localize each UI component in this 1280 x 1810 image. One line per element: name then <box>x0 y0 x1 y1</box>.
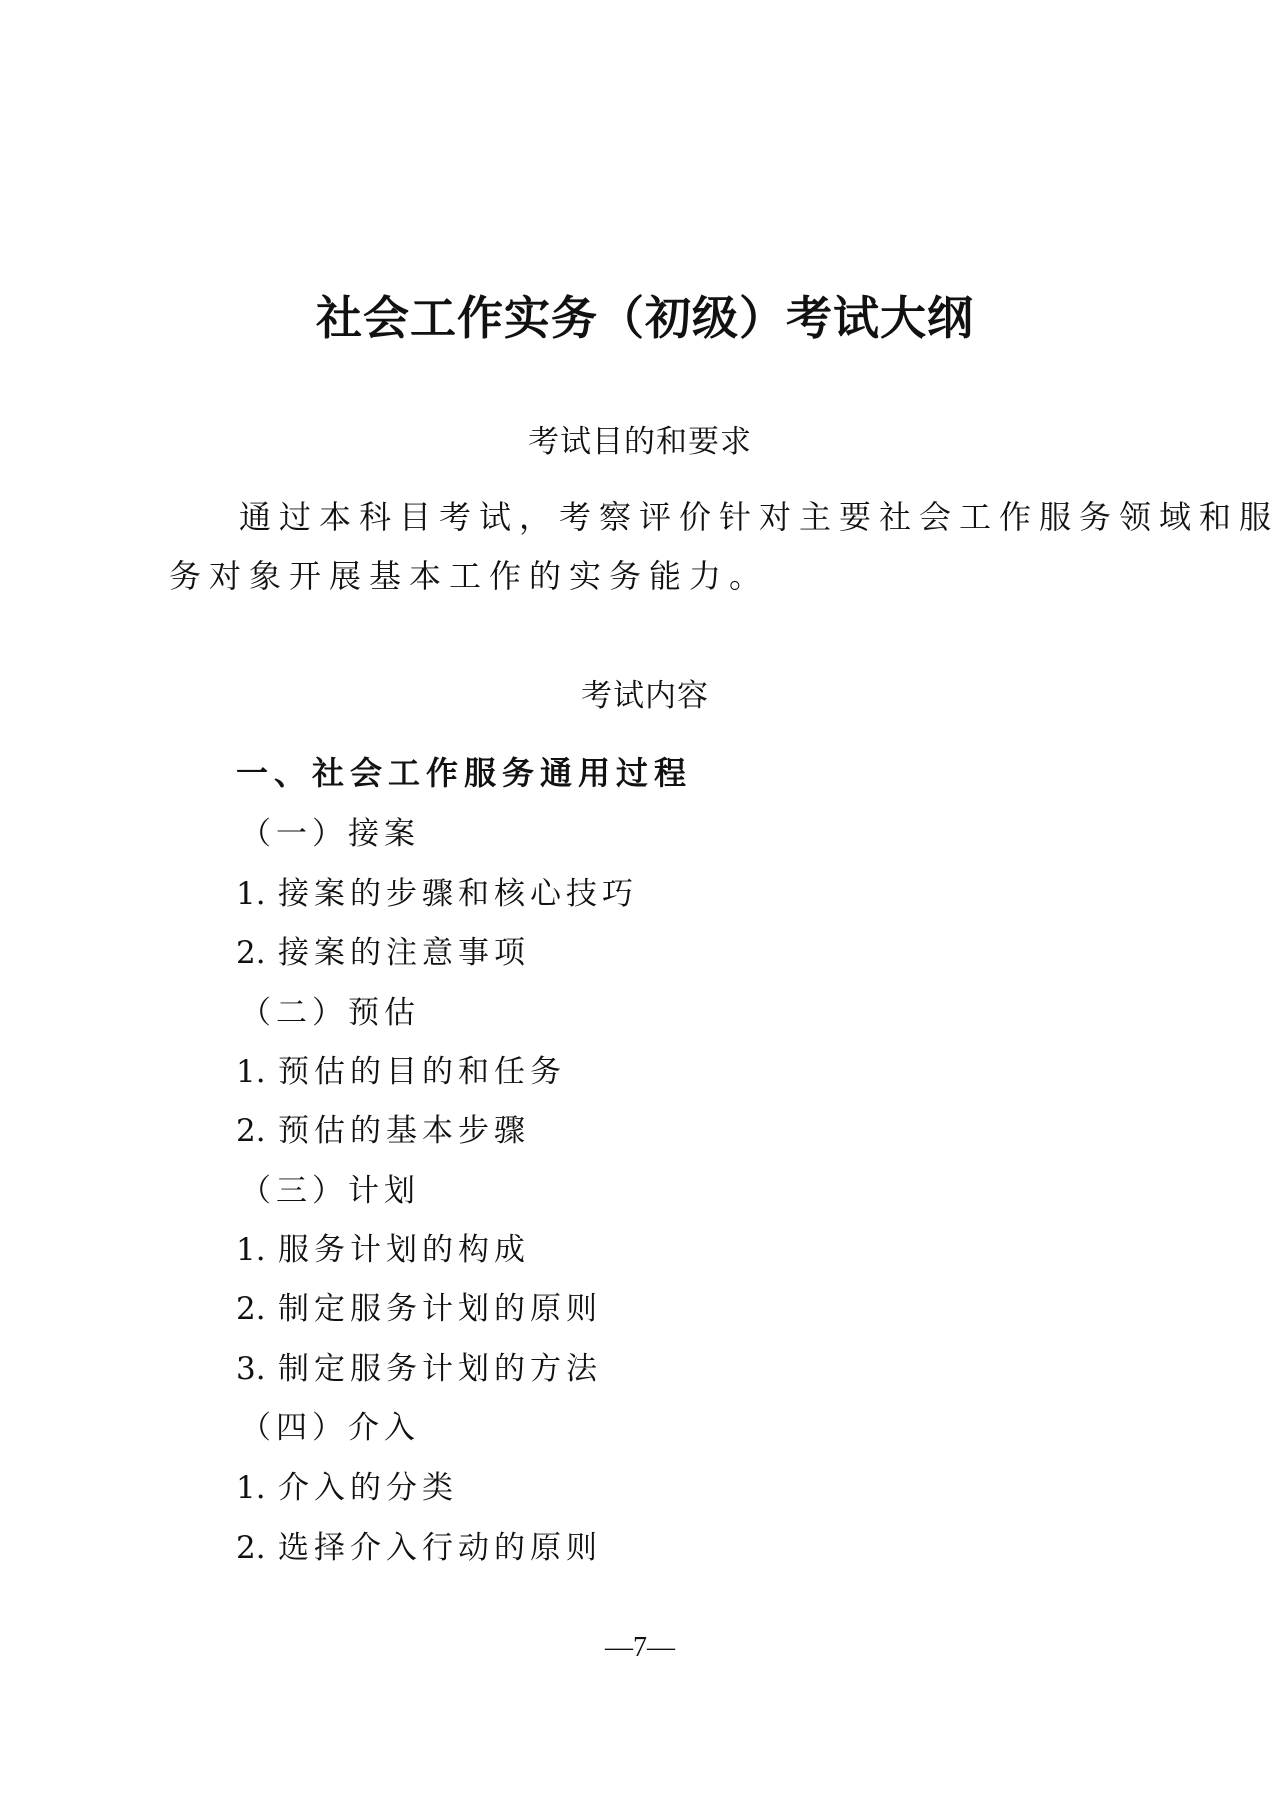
section-heading-content: 考试内容 <box>0 676 1280 716</box>
subsection-heading: （四）介入 <box>240 1408 420 1448</box>
item-number: 2. <box>236 933 278 973</box>
outline-item: 3.制定服务计划的方法 <box>236 1349 602 1389</box>
item-number: 1. <box>236 1468 278 1508</box>
item-number: 2. <box>236 1111 278 1151</box>
purpose-paragraph-line-2: 务对象开展基本工作的实务能力。 <box>169 556 769 596</box>
outline-item: 2.选择介入行动的原则 <box>236 1528 602 1568</box>
outline-item: 2.接案的注意事项 <box>236 933 530 973</box>
item-number: 2. <box>236 1289 278 1329</box>
outline-item: 1.预估的目的和任务 <box>236 1052 566 1092</box>
document-title: 社会工作实务（初级）考试大纲 <box>0 290 1280 346</box>
item-number: 3. <box>236 1349 278 1389</box>
item-number: 1. <box>236 1052 278 1092</box>
outline-item: 1.服务计划的构成 <box>236 1230 530 1270</box>
subsection-heading: （一）接案 <box>240 814 420 854</box>
page-number: —7— <box>0 1630 1280 1666</box>
item-text: 预估的基本步骤 <box>278 1113 530 1149</box>
outline-item: 2.预估的基本步骤 <box>236 1111 530 1151</box>
item-text: 制定服务计划的原则 <box>278 1291 602 1327</box>
outline-item: 2.制定服务计划的原则 <box>236 1289 602 1329</box>
item-number: 1. <box>236 1230 278 1270</box>
subsection-heading: （三）计划 <box>240 1171 420 1211</box>
item-text: 接案的注意事项 <box>278 935 530 971</box>
chapter-heading: 一、社会工作服务通用过程 <box>236 753 692 793</box>
outline-item: 1.介入的分类 <box>236 1468 458 1508</box>
item-number: 1. <box>236 874 278 914</box>
item-text: 预估的目的和任务 <box>278 1054 566 1090</box>
item-text: 选择介入行动的原则 <box>278 1530 602 1566</box>
item-number: 2. <box>236 1528 278 1568</box>
item-text: 制定服务计划的方法 <box>278 1351 602 1387</box>
item-text: 介入的分类 <box>278 1470 458 1506</box>
item-text: 服务计划的构成 <box>278 1232 530 1268</box>
outline-item: 1.接案的步骤和核心技巧 <box>236 874 638 914</box>
item-text: 接案的步骤和核心技巧 <box>278 876 638 912</box>
purpose-paragraph-line-1: 通过本科目考试，考察评价针对主要社会工作服务领域和服 <box>239 497 1279 537</box>
subsection-heading: （二）预估 <box>240 993 420 1033</box>
section-heading-purpose: 考试目的和要求 <box>0 422 1280 462</box>
